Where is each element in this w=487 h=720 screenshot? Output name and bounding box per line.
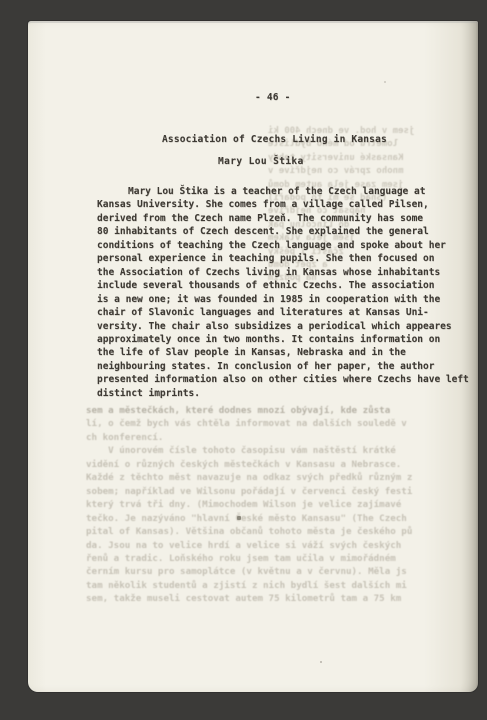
text-line: sobem; například ve Wilsonu pořádají v č… — [86, 485, 474, 498]
text-line: černím kursu pro samoplátce (v květnu a … — [86, 565, 474, 578]
text-line: the life of Slav people in Kansas, Nebra… — [97, 346, 482, 359]
text-line: conditions of teaching the Czech languag… — [97, 239, 482, 252]
text-line: sem, takže museli cestovat autem 75 kilo… — [86, 592, 474, 605]
text-line: lí, o čemž bych vás chtěla informovat na… — [86, 417, 474, 430]
ink-speck — [384, 81, 386, 83]
text-line: Kansas University. She comes from a vill… — [97, 198, 482, 211]
text-line: presented information also on other citi… — [97, 373, 482, 386]
text-line: derived from the Czech name Plzeň. The c… — [97, 212, 482, 225]
text-line: pital of Kansas). Většina občanů tohoto … — [86, 525, 474, 538]
article-body: Mary Lou Štika is a teacher of the Czech… — [97, 185, 482, 400]
text-line: tečko. Je nazýváno "hlavní České město K… — [86, 512, 474, 525]
text-line: neighbouring states. In conclusion of he… — [97, 360, 482, 373]
document-page: jsem v hod. ve dnech 400 kilometrů od mé… — [28, 21, 478, 692]
text-line: distinct imprints. — [97, 387, 482, 400]
text-line: the Association of Czechs living in Kans… — [97, 266, 482, 279]
text-line: approximately once in two months. It con… — [97, 333, 482, 346]
text-line: Mary Lou Štika is a teacher of the Czech… — [97, 185, 482, 198]
text-line: sem a městečkách, které dodnes mnozí obý… — [86, 404, 474, 417]
ink-speck — [320, 661, 322, 663]
bleedthrough-text-bottom: sem a městečkách, které dodnes mnozí obý… — [86, 404, 474, 606]
text-line: chair of Slavonic languages and literatu… — [97, 306, 482, 319]
text-line: tam několik studentů a zjistí z nich byd… — [86, 579, 474, 592]
text-line: da. Jsou na to velice hrdí a velice si v… — [86, 539, 474, 552]
text-line: versity. The chair also subsidizes a per… — [97, 320, 482, 333]
text-line: vidění o různých českých městečkách v Ka… — [86, 458, 474, 471]
article-title: Association of Czechs Living in Kansas — [162, 133, 387, 146]
text-line: include several thousands of ethnic Czec… — [97, 279, 482, 292]
text-line: řenů a tradic. Loňského roku jsem tam uč… — [86, 552, 474, 565]
text-line: Každé z těchto měst navazuje na odkaz sv… — [86, 471, 474, 484]
text-line: is a new one; it was founded in 1985 in … — [97, 293, 482, 306]
page-number: - 46 - — [255, 91, 291, 104]
text-line: personal experience in teaching pupils. … — [97, 252, 482, 265]
scanner-backdrop: jsem v hod. ve dnech 400 kilometrů od mé… — [0, 0, 487, 720]
author-name: Mary Lou Štika — [218, 155, 304, 168]
ink-speck — [237, 516, 241, 520]
text-line: ch konferencí. — [86, 431, 474, 444]
text-line: V únorovém čísle tohoto časopisu vám naš… — [86, 444, 474, 457]
text-line: který trvá tři dny. (Mimochodem Wilson j… — [86, 498, 474, 511]
text-line: 80 inhabitants of Czech descent. She exp… — [97, 225, 482, 238]
